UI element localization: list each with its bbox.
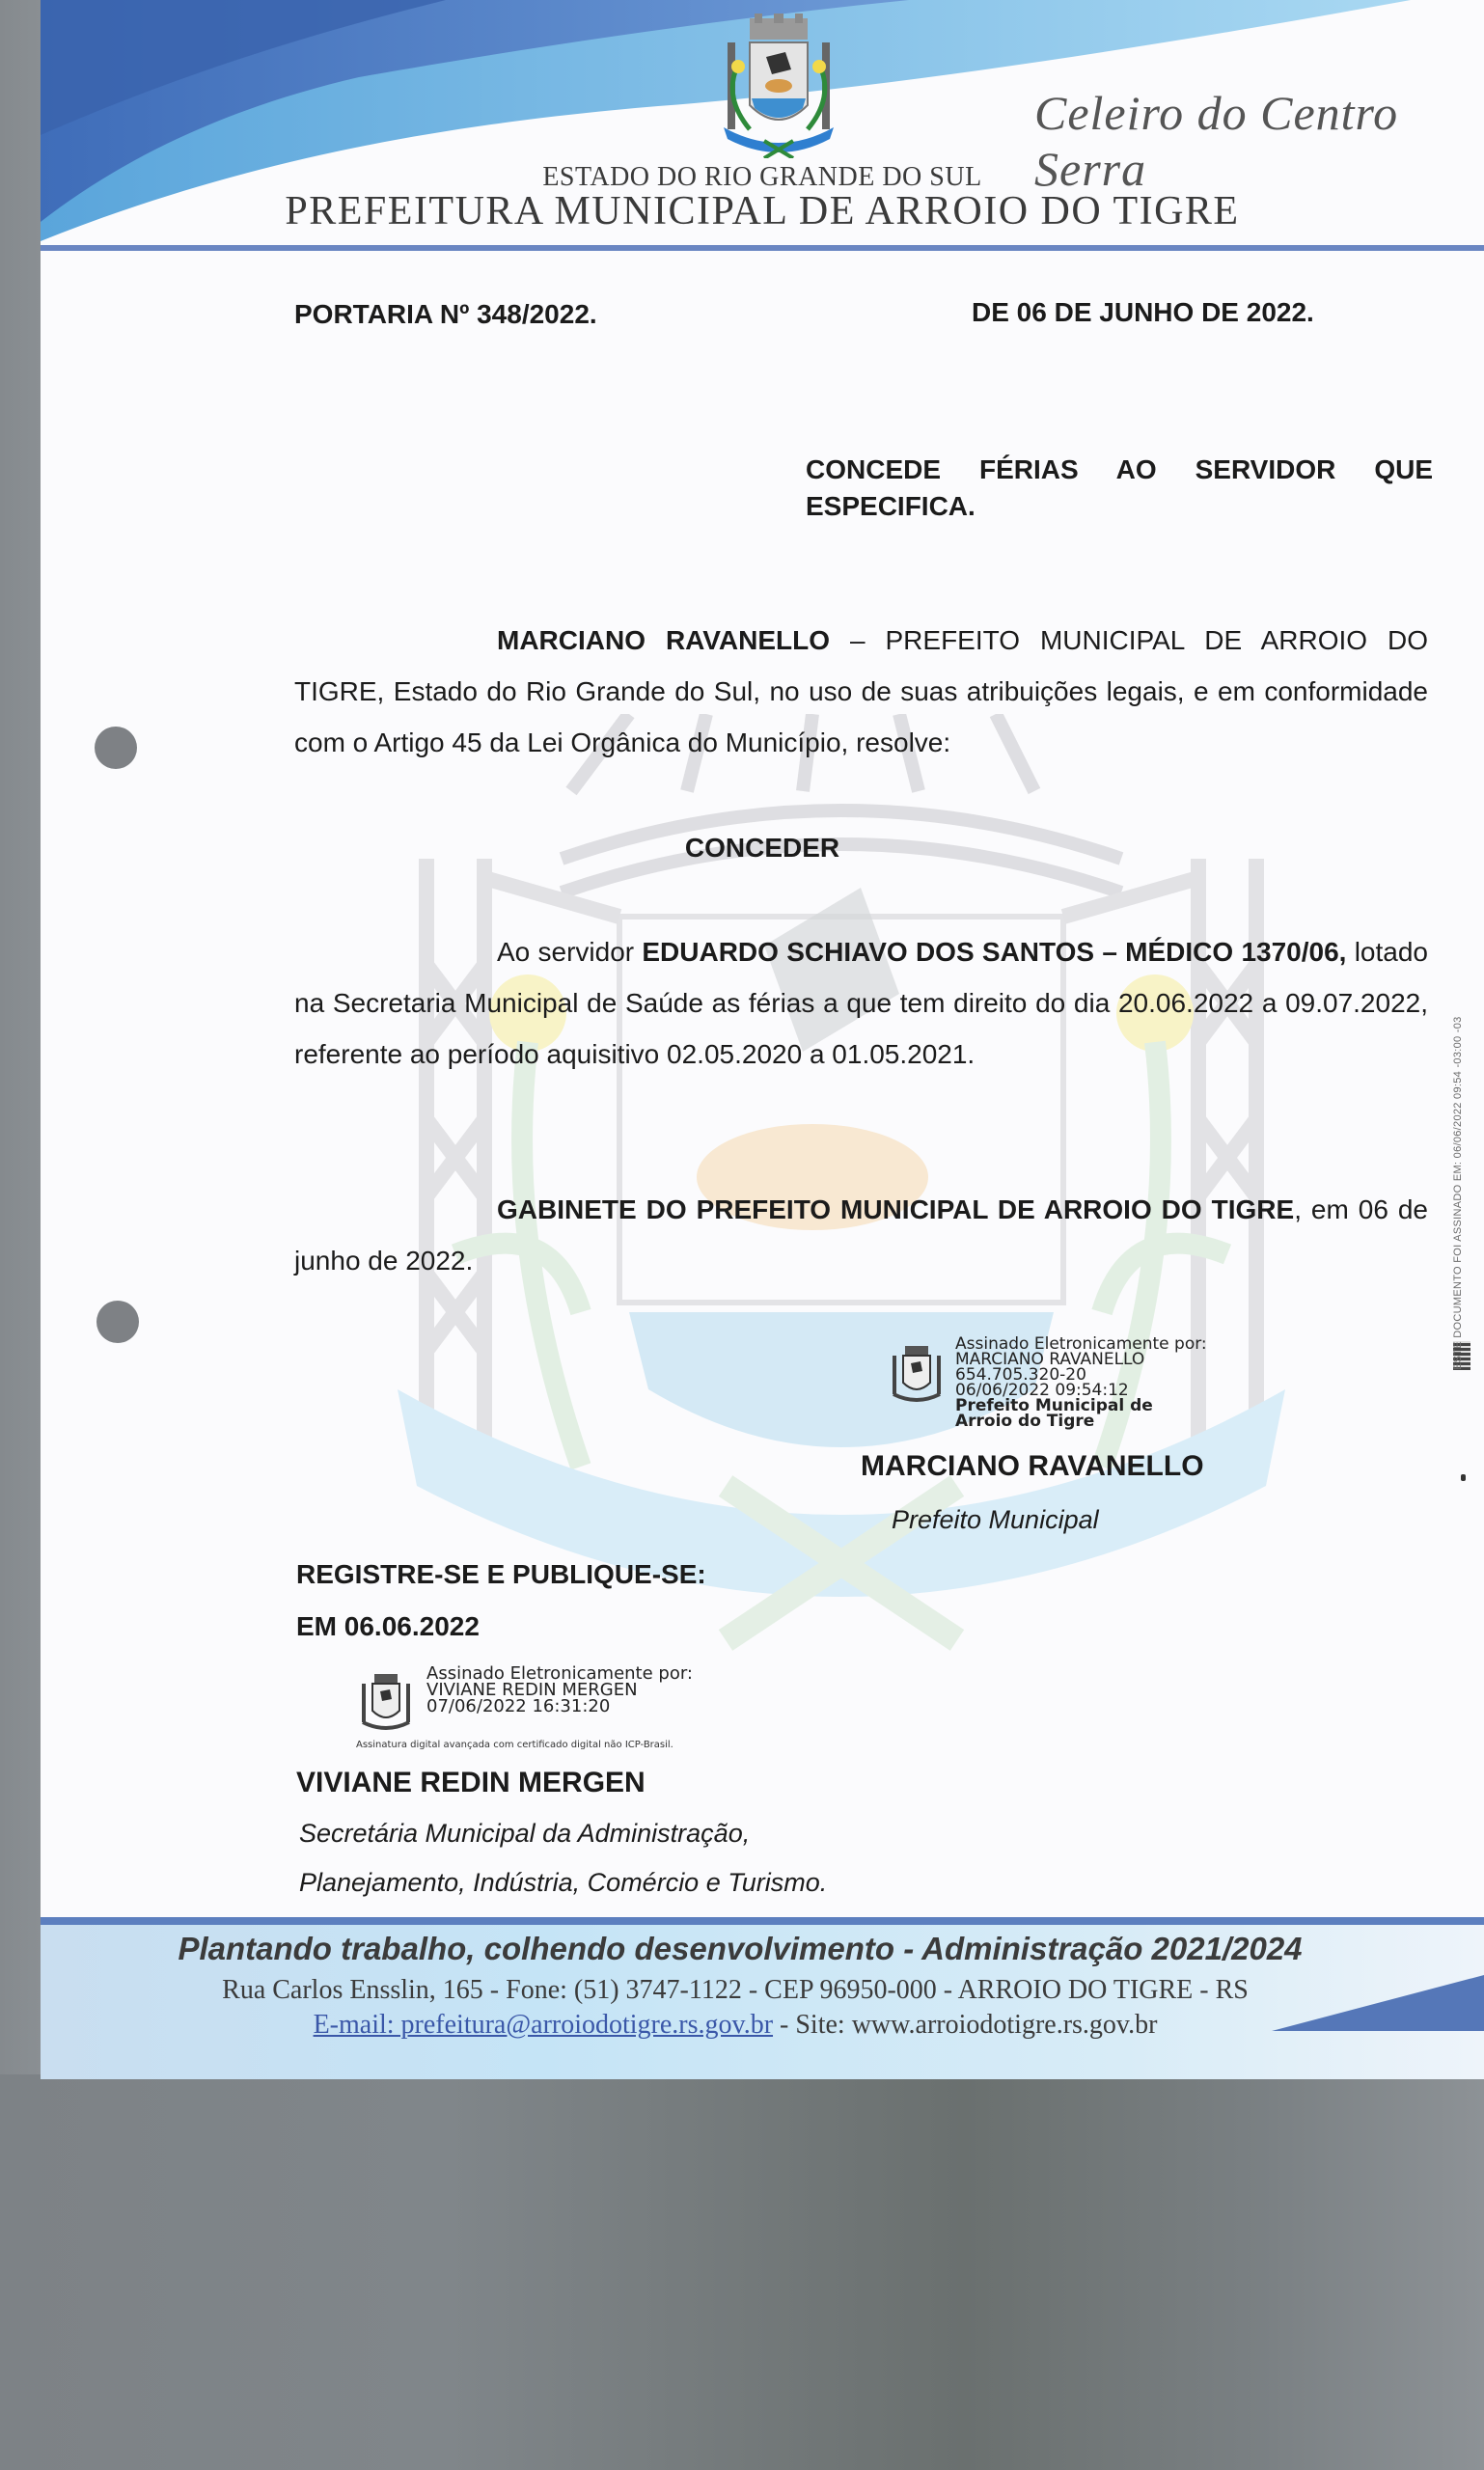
crest-seal-icon [356,1672,416,1736]
hole-punch [96,1301,139,1343]
secretary-printed-name: VIVIANE REDIN MERGEN [296,1767,646,1799]
mayor-printed-name: MARCIANO RAVANELLO [861,1450,1204,1483]
contact-address: Rua Carlos Ensslin, 165 - Fone: (51) 374… [41,1975,1430,2006]
scan-speck [1461,1474,1466,1481]
institution-name: PREFEITURA MUNICIPAL DE ARROIO DO TIGRE [41,188,1484,234]
footer-divider [41,1917,1484,1925]
mayor-role: Prefeito Municipal [892,1505,1099,1535]
mayor-name-inline: MARCIANO RAVANELLO [497,625,830,655]
hole-punch [95,727,137,769]
municipal-crest-icon [706,14,851,158]
letterhead-footer: Plantando trabalho, colhendo desenvolvim… [41,1917,1484,2079]
certificate-note: Assinatura digital avançada com certific… [356,1740,761,1751]
signature-side-stamp: ESTE DOCUMENTO FOI ASSINADO EM: 06/06/20… [1452,1016,1464,1370]
scanner-background [0,0,41,2074]
footer-accent-shape [1272,1975,1484,2031]
action-heading: CONCEDER [41,833,1484,864]
portaria-summary: CONCEDE FÉRIAS AO SERVIDOR QUE ESPECIFIC… [806,452,1433,525]
employee-name: EDUARDO SCHIAVO DOS SANTOS – MÉDICO 1370… [642,937,1346,967]
preamble-paragraph: MARCIANO RAVANELLO – PREFEITO MUNICIPAL … [294,615,1428,768]
email-link[interactable]: E-mail: prefeitura@arroiodotigre.rs.gov.… [314,2010,773,2040]
signature-timestamp: 07/06/2022 16:31:20 [426,1698,693,1715]
closing-paragraph: GABINETE DO PREFEITO MUNICIPAL DE ARROIO… [294,1184,1428,1286]
secretary-role-line1: Secretária Municipal da Administração, [299,1819,750,1849]
portaria-date: DE 06 DE JUNHO DE 2022. [972,297,1314,328]
crest-seal-icon [888,1344,946,1408]
grant-paragraph: Ao servidor EDUARDO SCHIAVO DOS SANTOS –… [294,926,1428,1080]
publication-label: REGISTRE-SE E PUBLIQUE-SE: [296,1559,706,1590]
secretary-role-line2: Planejamento, Indústria, Comércio e Turi… [299,1868,827,1898]
site-link[interactable]: - Site: www.arroiodotigre.rs.gov.br [773,2010,1157,2040]
contact-web: E-mail: prefeitura@arroiodotigre.rs.gov.… [41,2010,1430,2041]
document-page: Celeiro do Centro Serra ESTADO DO RIO GR… [41,0,1484,2079]
secretary-electronic-signature: Assinado Eletronicamente por: VIVIANE RE… [344,1662,808,1759]
publication-date: EM 06.06.2022 [296,1611,480,1642]
administration-slogan: Plantando trabalho, colhendo desenvolvim… [41,1931,1440,1967]
header-divider [41,245,1484,251]
portaria-number: PORTARIA Nº 348/2022. [294,299,597,330]
